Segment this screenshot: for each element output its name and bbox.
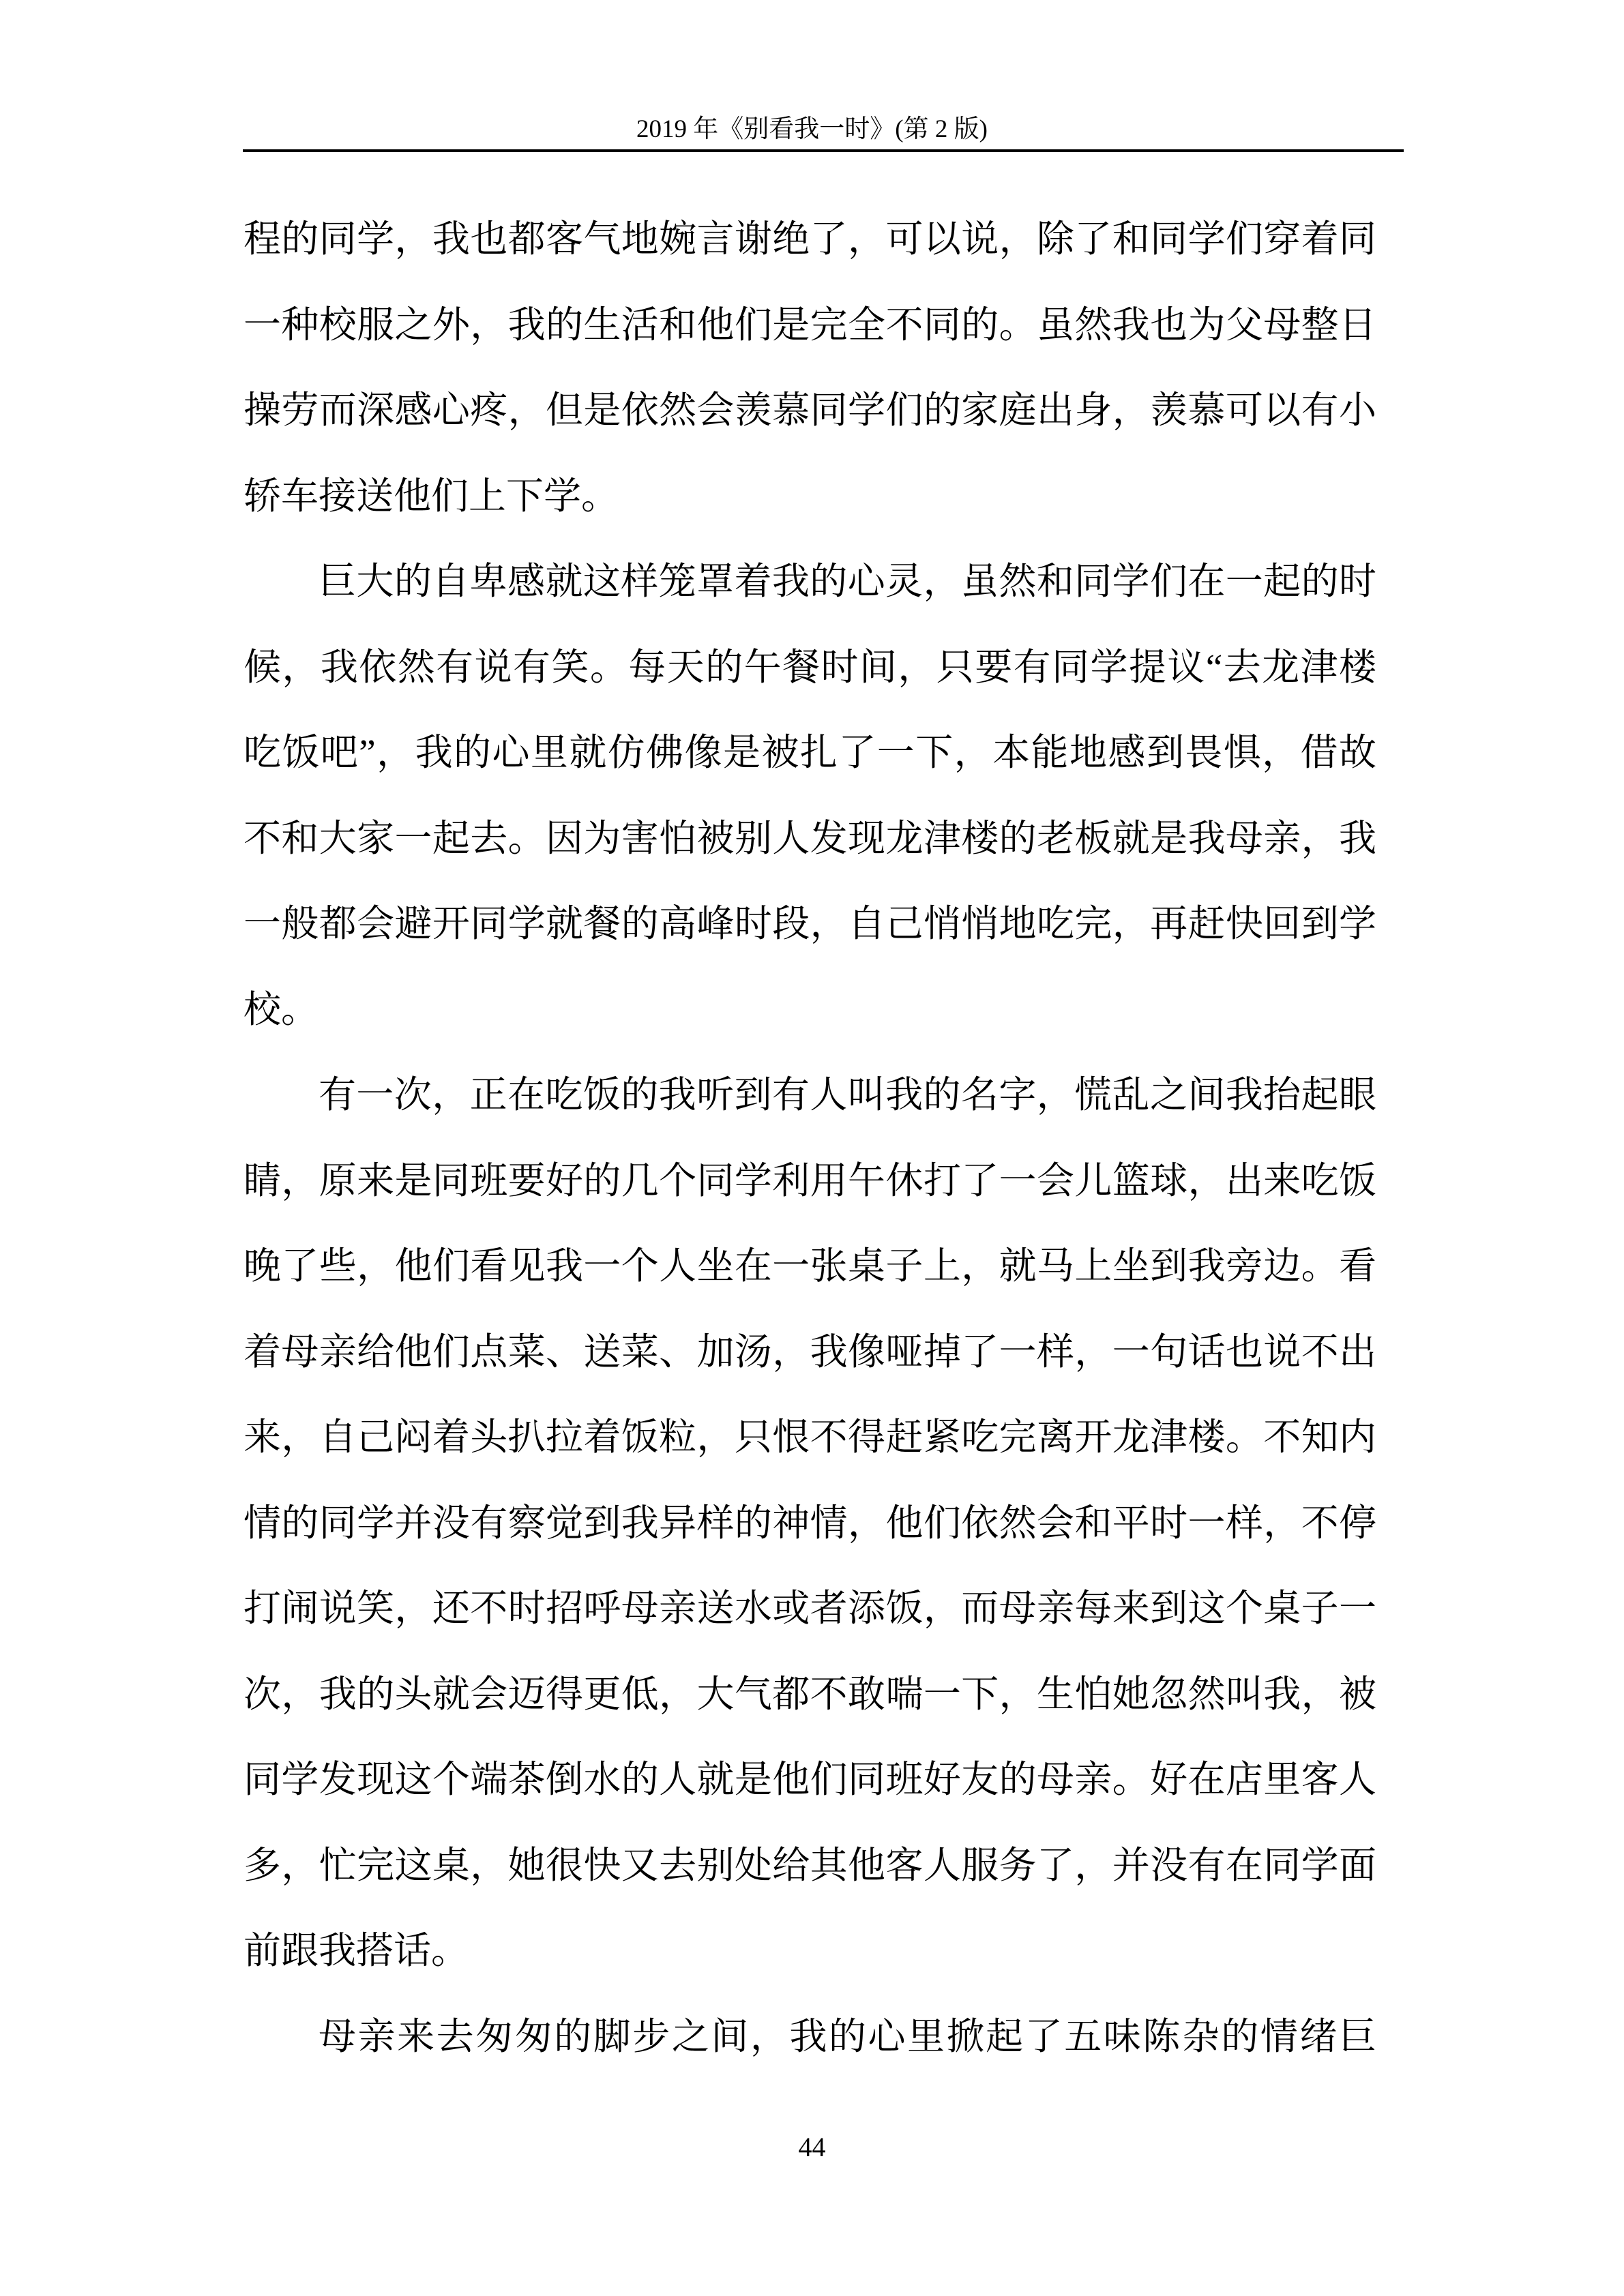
text-line: 候，我依然有说有笑。每天的午餐时间，只要有同学提议“去龙津楼 xyxy=(243,625,1376,711)
text-line: 有一次，正在吃饭的我听到有人叫我的名字，慌乱之间我抬起眼 xyxy=(243,1052,1376,1138)
text-line: 次，我的头就会迈得更低，大气都不敢喘一下，生怕她忽然叫我，被 xyxy=(243,1652,1376,1738)
text-line: 校。 xyxy=(243,967,1376,1053)
body-text: 程的同学，我也都客气地婉言谢绝了，可以说，除了和同学们穿着同一种校服之外，我的生… xyxy=(243,196,1376,2079)
text-line: 操劳而深感心疼，但是依然会羡慕同学们的家庭出身，羡慕可以有小 xyxy=(243,368,1376,453)
text-line: 程的同学，我也都客气地婉言谢绝了，可以说，除了和同学们穿着同 xyxy=(243,196,1376,282)
page-header-title: 2019 年《别看我一时》(第 2 版) xyxy=(0,115,1624,145)
text-line: 吃饭吧”，我的心里就仿佛像是被扎了一下，本能地感到畏惧，借故 xyxy=(243,710,1376,796)
text-line: 一种校服之外，我的生活和他们是完全不同的。虽然我也为父母整日 xyxy=(243,282,1376,368)
page-number: 44 xyxy=(0,2132,1624,2163)
header-rule xyxy=(243,149,1404,152)
document-page: 2019 年《别看我一时》(第 2 版) 程的同学，我也都客气地婉言谢绝了，可以… xyxy=(0,0,1624,2296)
text-line: 轿车接送他们上下学。 xyxy=(243,453,1376,539)
text-line: 晚了些，他们看见我一个人坐在一张桌子上，就马上坐到我旁边。看 xyxy=(243,1223,1376,1309)
text-line: 着母亲给他们点菜、送菜、加汤，我像哑掉了一样，一句话也说不出 xyxy=(243,1309,1376,1395)
text-line: 一般都会避开同学就餐的高峰时段，自己悄悄地吃完，再赶快回到学 xyxy=(243,881,1376,967)
text-line: 情的同学并没有察觉到我异样的神情，他们依然会和平时一样，不停 xyxy=(243,1480,1376,1566)
text-line: 睛，原来是同班要好的几个同学利用午休打了一会儿篮球，出来吃饭 xyxy=(243,1138,1376,1224)
text-line: 不和大家一起去。因为害怕被别人发现龙津楼的老板就是我母亲，我 xyxy=(243,796,1376,882)
text-line: 来，自己闷着头扒拉着饭粒，只恨不得赶紧吃完离开龙津楼。不知内 xyxy=(243,1395,1376,1480)
text-line: 多，忙完这桌，她很快又去别处给其他客人服务了，并没有在同学面 xyxy=(243,1823,1376,1909)
text-line: 打闹说笑，还不时招呼母亲送水或者添饭，而母亲每来到这个桌子一 xyxy=(243,1566,1376,1652)
text-line: 母亲来去匆匆的脚步之间，我的心里掀起了五味陈杂的情绪巨 xyxy=(243,1994,1376,2080)
text-line: 前跟我搭话。 xyxy=(243,1908,1376,1994)
text-line: 同学发现这个端茶倒水的人就是他们同班好友的母亲。好在店里客人 xyxy=(243,1737,1376,1823)
text-line: 巨大的自卑感就这样笼罩着我的心灵，虽然和同学们在一起的时 xyxy=(243,539,1376,625)
